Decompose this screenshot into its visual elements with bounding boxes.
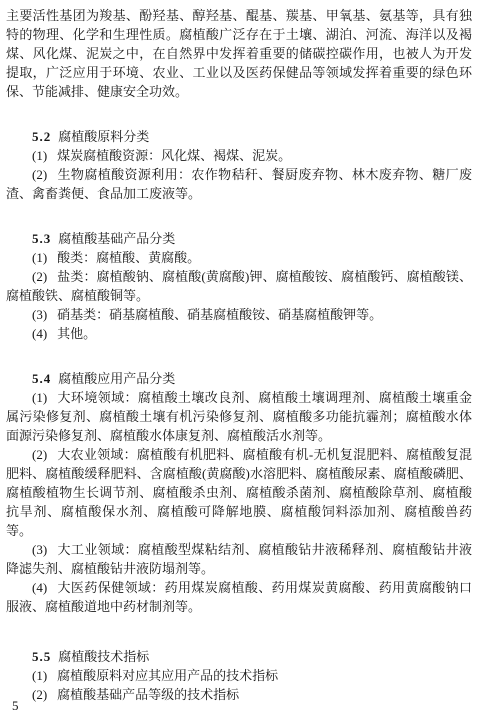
- page-number: 5: [12, 696, 19, 715]
- item-number: (1): [32, 148, 47, 163]
- section-title: 腐植酸基础产品分类: [58, 231, 175, 246]
- item-number: (4): [32, 326, 47, 341]
- item-number: (3): [32, 307, 47, 322]
- section-number: 5.3: [32, 231, 51, 246]
- section-number: 5.4: [32, 371, 51, 386]
- list-item: (2)大农业领域：腐植酸有机肥料、腐植酸有机-无机复混肥料、腐植酸复混肥料、腐植…: [6, 445, 472, 540]
- section-5-2: 5.2腐植酸原料分类 (1)煤炭腐植酸资源：风化煤、褐煤、泥炭。 (2)生物腐植…: [6, 127, 472, 203]
- section-heading: 5.4腐植酸应用产品分类: [6, 369, 472, 388]
- item-text: 大工业领域：腐植酸型煤粘结剂、腐植酸钻井液稀释剂、腐植酸钻井液降滤失剂、腐植酸钻…: [6, 542, 472, 576]
- section-heading: 5.5腐植酸技术指标: [6, 647, 472, 666]
- item-number: (2): [32, 447, 47, 462]
- item-number: (4): [32, 580, 47, 595]
- section-5-5: 5.5腐植酸技术指标 (1)腐植酸原料对应其应用产品的技术指标 (2)腐植酸基础…: [6, 647, 472, 704]
- item-number: (2): [32, 167, 47, 182]
- list-item: (1)大环境领域：腐植酸土壤改良剂、腐植酸土壤调理剂、腐植酸土壤重金属污染修复剂…: [6, 388, 472, 445]
- item-text: 酸类：腐植酸、黄腐酸。: [57, 250, 200, 265]
- section-title: 腐植酸技术指标: [58, 649, 149, 664]
- item-number: (1): [32, 668, 47, 683]
- item-text: 其他。: [57, 326, 96, 341]
- item-number: (2): [32, 687, 47, 702]
- section-5-3: 5.3腐植酸基础产品分类 (1)酸类：腐植酸、黄腐酸。 (2)盐类：腐植酸钠、腐…: [6, 229, 472, 343]
- item-number: (3): [32, 542, 47, 557]
- item-text: 盐类：腐植酸钠、腐植酸(黄腐酸)钾、腐植酸铵、腐植酸钙、腐植酸镁、腐植酸铁、腐植…: [6, 269, 472, 303]
- item-text: 腐植酸原料对应其应用产品的技术指标: [57, 668, 278, 683]
- list-item: (4)其他。: [6, 324, 472, 343]
- list-item: (2)盐类：腐植酸钠、腐植酸(黄腐酸)钾、腐植酸铵、腐植酸钙、腐植酸镁、腐植酸铁…: [6, 267, 472, 305]
- item-number: (1): [32, 250, 47, 265]
- item-text: 大环境领域：腐植酸土壤改良剂、腐植酸土壤调理剂、腐植酸土壤重金属污染修复剂、腐植…: [6, 390, 472, 443]
- list-item: (3)硝基类：硝基腐植酸、硝基腐植酸铵、硝基腐植酸钾等。: [6, 305, 472, 324]
- section-5-4: 5.4腐植酸应用产品分类 (1)大环境领域：腐植酸土壤改良剂、腐植酸土壤调理剂、…: [6, 369, 472, 616]
- list-item: (1)煤炭腐植酸资源：风化煤、褐煤、泥炭。: [6, 146, 472, 165]
- item-number: (1): [32, 390, 47, 405]
- list-item: (4)大医药保健领域：药用煤炭腐植酸、药用煤炭黄腐酸、药用黄腐酸钠口服液、腐植酸…: [6, 578, 472, 616]
- list-item: (3)大工业领域：腐植酸型煤粘结剂、腐植酸钻井液稀释剂、腐植酸钻井液降滤失剂、腐…: [6, 540, 472, 578]
- list-item: (2)腐植酸基础产品等级的技术指标: [6, 685, 472, 704]
- intro-paragraph: 主要活性基团为羧基、酚羟基、醇羟基、醌基、羰基、甲氧基、氨基等，具有独特的物理、…: [6, 6, 472, 101]
- list-item: (1)酸类：腐植酸、黄腐酸。: [6, 248, 472, 267]
- section-number: 5.2: [32, 129, 51, 144]
- section-title: 腐植酸应用产品分类: [58, 371, 175, 386]
- section-number: 5.5: [32, 649, 51, 664]
- section-heading: 5.3腐植酸基础产品分类: [6, 229, 472, 248]
- document-page: 主要活性基团为羧基、酚羟基、醇羟基、醌基、羰基、甲氧基、氨基等，具有独特的物理、…: [0, 0, 477, 723]
- section-heading: 5.2腐植酸原料分类: [6, 127, 472, 146]
- item-text: 煤炭腐植酸资源：风化煤、褐煤、泥炭。: [57, 148, 291, 163]
- item-text: 大农业领域：腐植酸有机肥料、腐植酸有机-无机复混肥料、腐植酸复混肥料、腐植酸缓释…: [6, 447, 472, 538]
- list-item: (2)生物腐植酸资源利用：农作物秸秆、餐厨废弃物、林木废弃物、糖厂废渣、禽畜粪便…: [6, 165, 472, 203]
- item-text: 生物腐植酸资源利用：农作物秸秆、餐厨废弃物、林木废弃物、糖厂废渣、禽畜粪便、食品…: [6, 167, 472, 201]
- item-text: 大医药保健领域：药用煤炭腐植酸、药用煤炭黄腐酸、药用黄腐酸钠口服液、腐植酸道地中…: [6, 580, 472, 614]
- section-title: 腐植酸原料分类: [58, 129, 149, 144]
- item-text: 硝基类：硝基腐植酸、硝基腐植酸铵、硝基腐植酸钾等。: [57, 307, 382, 322]
- item-text: 腐植酸基础产品等级的技术指标: [57, 687, 239, 702]
- list-item: (1)腐植酸原料对应其应用产品的技术指标: [6, 666, 472, 685]
- item-number: (2): [32, 269, 47, 284]
